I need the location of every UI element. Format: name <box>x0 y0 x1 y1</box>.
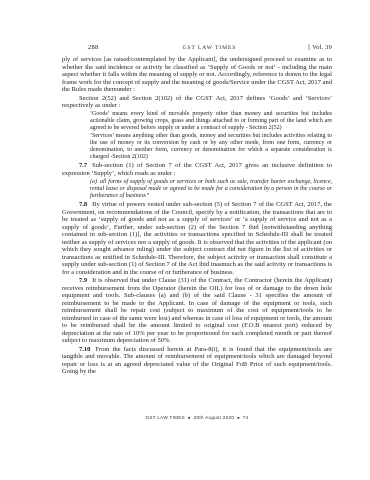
footer-page: 74 <box>243 415 249 420</box>
paragraph-number: 7.8 <box>79 201 92 208</box>
paragraph-text: It is observed that under Clause (31) of… <box>62 277 332 344</box>
quote-text: (a) all forms of supply of goods or serv… <box>90 179 332 199</box>
paragraph-7-10: 7.10From the facts discussed herein at P… <box>62 346 332 376</box>
page-content: 288 GST LAW TIMES [ Vol. 39 ply of servi… <box>62 44 332 376</box>
square-separator-icon: ■ <box>185 416 194 420</box>
document-page: 288 GST LAW TIMES [ Vol. 39 ply of servi… <box>0 0 370 480</box>
quote-block-goods-definition: ‘Goods’ means every kind of movable prop… <box>90 111 332 132</box>
footer-journal: GST LAW TIMES <box>145 415 185 420</box>
paragraph-7-7: 7.7Sub-section (1) of Section 7 of the C… <box>62 162 332 177</box>
quote-block-services-definition: ‘Services’ means anything other than goo… <box>90 133 332 161</box>
quote-text: ‘Services’ means anything other than goo… <box>90 133 332 160</box>
paragraph: Section 2(52) and Section 2(102) of the … <box>62 95 332 110</box>
paragraph-7-9: 7.9It is observed that under Clause (31)… <box>62 277 332 345</box>
body-text: ply of services [as raised/contemplated … <box>62 56 332 376</box>
paragraph-number: 7.7 <box>79 162 92 169</box>
paragraph-text: From the facts discussed herein at Para-… <box>62 346 332 376</box>
square-separator-icon: ■ <box>234 416 243 420</box>
page-number: 288 <box>88 44 99 51</box>
paragraph-text: ply of services [as raised/contemplated … <box>62 56 332 93</box>
running-header: 288 GST LAW TIMES [ Vol. 39 <box>62 44 332 51</box>
paragraph-continuation: ply of services [as raised/contemplated … <box>62 56 332 94</box>
quote-text: ‘Goods’ means every kind of movable prop… <box>90 111 332 131</box>
paragraph-7-8: 7.8By virtue of powers vested under sub-… <box>62 201 332 276</box>
quote-block-supply-definition: (a) all forms of supply of goods or serv… <box>90 179 332 200</box>
journal-title: GST LAW TIMES <box>182 45 236 51</box>
running-footer: GST LAW TIMES■20th August 2020■74 <box>62 415 332 420</box>
paragraph-text: Section 2(52) and Section 2(102) of the … <box>62 95 332 110</box>
paragraph-number: 7.9 <box>79 277 92 284</box>
volume-label: [ Vol. 39 <box>308 44 332 51</box>
footer-date: 20th August 2020 <box>194 415 235 420</box>
paragraph-number: 7.10 <box>79 346 95 353</box>
paragraph-text: By virtue of powers vested under sub-sec… <box>62 201 332 276</box>
paragraph-text: Sub-section (1) of Section 7 of the CGST… <box>62 162 332 177</box>
